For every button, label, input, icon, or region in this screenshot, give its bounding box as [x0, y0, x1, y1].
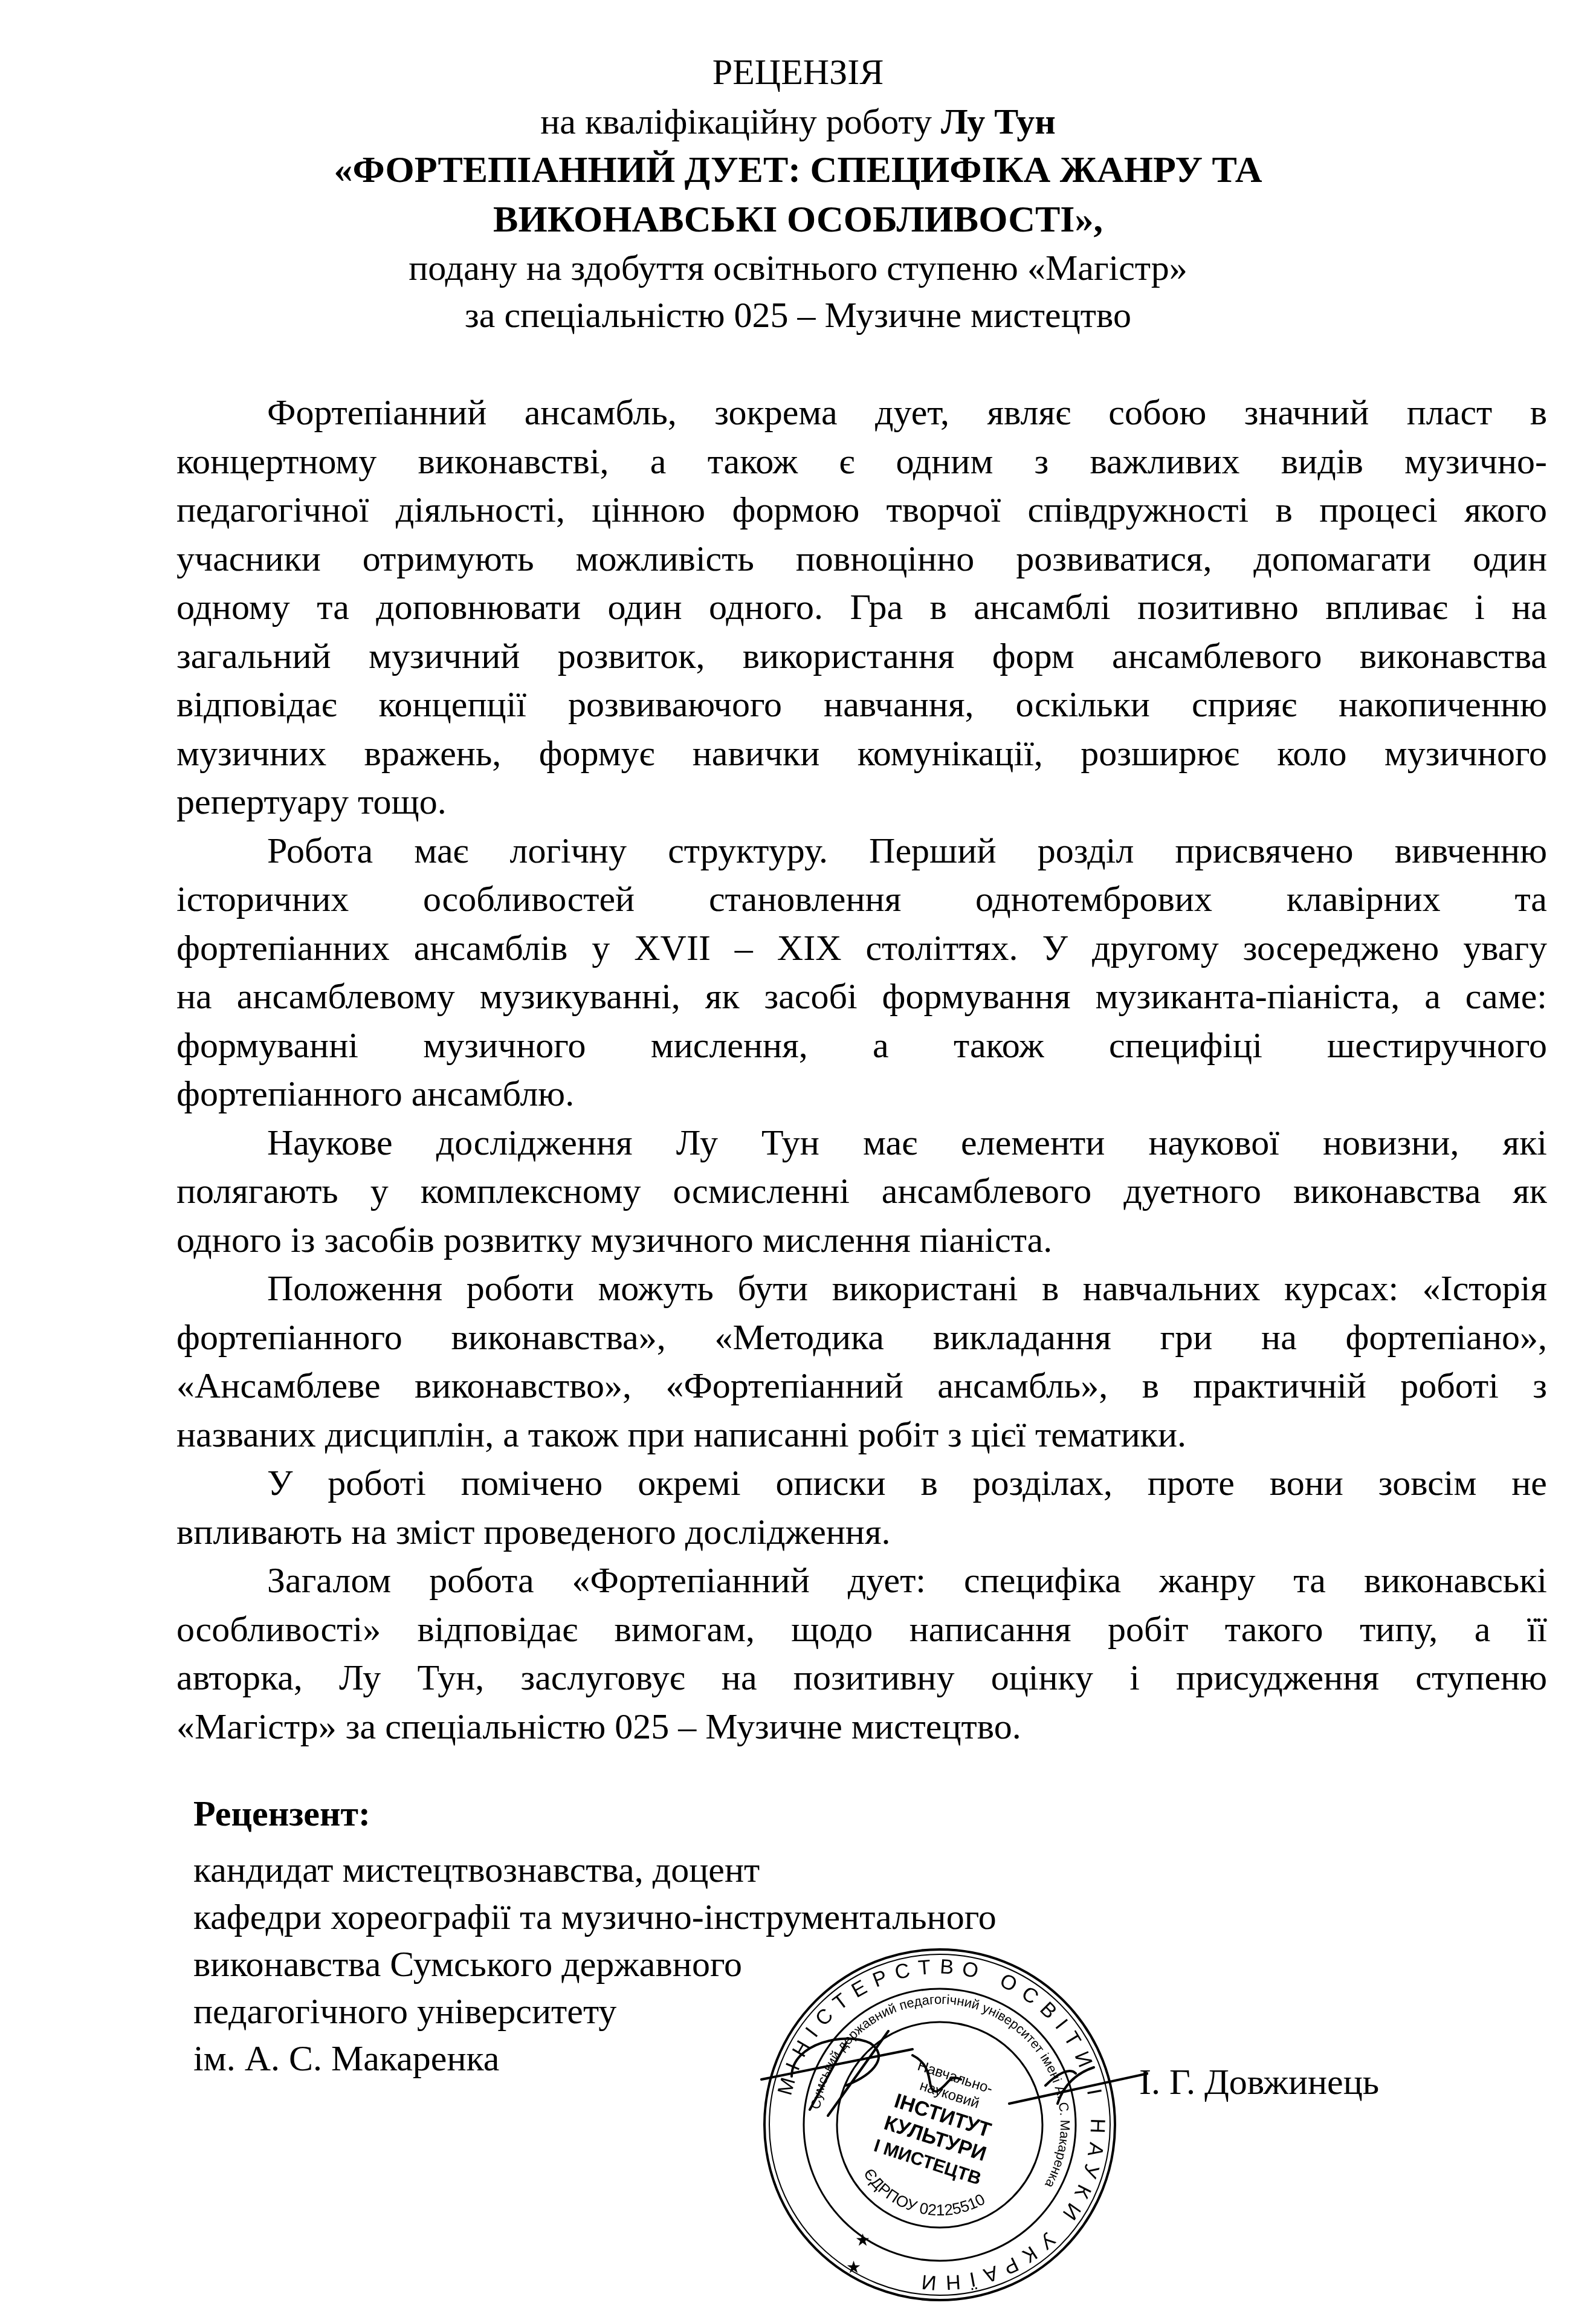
paragraph-6: Загалом робота «Фортепіанний дует: специ…	[176, 1556, 1547, 1751]
text-line: учасники отримують можливість повноцінно…	[176, 534, 1547, 583]
text-line: загальний музичний розвиток, використанн…	[176, 632, 1547, 681]
text-line: Фортепіанний ансамбль, зокрема дует, явл…	[176, 388, 1547, 437]
reviewer-heading: Рецензент:	[193, 1789, 997, 1838]
paragraph-5: У роботі помічено окремі описки в розділ…	[176, 1459, 1547, 1556]
text-line: полягають у комплексному осмисленні анса…	[176, 1167, 1547, 1216]
text-line: Робота має логічну структуру. Перший роз…	[176, 826, 1547, 875]
paragraph-1: Фортепіанний ансамбль, зокрема дует, явл…	[176, 388, 1547, 826]
review-body: Фортепіанний ансамбль, зокрема дует, явл…	[176, 388, 1547, 1751]
svg-text:★: ★	[855, 2231, 870, 2250]
text-line: Загалом робота «Фортепіанний дует: специ…	[176, 1556, 1547, 1605]
author-name: Лу Тун	[941, 102, 1056, 141]
text-line: «Магістр» за спеціальністю 025 – Музичне…	[176, 1702, 1547, 1751]
text-line: на ансамблевому музикуванні, як засобі ф…	[176, 972, 1547, 1021]
text-line: фортепіанного виконавства», «Методика ви…	[176, 1313, 1547, 1362]
text-line: особливості» відповідає вимогам, щодо на…	[176, 1605, 1547, 1654]
text-line: У роботі помічено окремі описки в розділ…	[176, 1459, 1547, 1508]
document-header: РЕЦЕНЗІЯ на кваліфікаційну роботу Лу Тун…	[0, 48, 1596, 339]
degree-line: подану на здобуття освітнього ступеню «М…	[0, 244, 1596, 291]
subtitle-line: на кваліфікаційну роботу Лу Тун	[0, 98, 1596, 145]
text-line: концертному виконавстві, а також є одним…	[176, 437, 1547, 486]
subtitle-prefix: на кваліфікаційну роботу	[540, 102, 941, 141]
document-title: РЕЦЕНЗІЯ	[0, 48, 1596, 96]
text-line: формуванні музичного мислення, а також с…	[176, 1021, 1547, 1070]
svg-text:★: ★	[846, 2258, 861, 2277]
paragraph-4: Положення роботи можуть бути використані…	[176, 1264, 1547, 1459]
reviewer-name: І. Г. Довжинець	[1139, 2061, 1379, 2103]
text-line: названих дисциплін, а також при написанн…	[176, 1410, 1547, 1459]
text-line: фортепіанних ансамблів у XVII – XIX стол…	[176, 924, 1547, 973]
text-line: фортепіанного ансамблю.	[176, 1069, 1547, 1118]
text-line: репертуару тощо.	[176, 777, 1547, 826]
text-line: Наукове дослідження Лу Тун має елементи …	[176, 1118, 1547, 1167]
text-line: відповідає концепції розвиваючого навчан…	[176, 680, 1547, 729]
text-line: музичних вражень, формує навички комунік…	[176, 729, 1547, 778]
topic-line-1: «ФОРТЕПІАННИЙ ДУЕТ: СПЕЦИФІКА ЖАНРУ ТА	[0, 145, 1596, 195]
paragraph-3: Наукове дослідження Лу Тун має елементи …	[176, 1118, 1547, 1265]
paragraph-2: Робота має логічну структуру. Перший роз…	[176, 826, 1547, 1118]
reviewer-title-line: кафедри хореографії та музично-інструмен…	[193, 1893, 997, 1940]
text-line: Положення роботи можуть бути використані…	[176, 1264, 1547, 1313]
review-document-page: РЕЦЕНЗІЯ на кваліфікаційну роботу Лу Тун…	[0, 0, 1596, 2317]
handwritten-signature-icon	[755, 2019, 1148, 2152]
topic-line-2: ВИКОНАВСЬКІ ОСОБЛИВОСТІ»,	[0, 195, 1596, 244]
text-line: педагогічної діяльності, цінною формою т…	[176, 485, 1547, 534]
reviewer-title-line: кандидат мистецтвознавства, доцент	[193, 1846, 997, 1893]
text-line: впливають на зміст проведеного досліджен…	[176, 1508, 1547, 1557]
specialty-line: за спеціальністю 025 – Музичне мистецтво	[0, 291, 1596, 339]
text-line: одного із засобів розвитку музичного мис…	[176, 1216, 1547, 1265]
text-line: одному та доповнювати один одного. Гра в…	[176, 583, 1547, 632]
text-line: авторка, Лу Тун, заслуговує на позитивну…	[176, 1653, 1547, 1702]
text-line: історичних особливостей становлення одно…	[176, 875, 1547, 924]
text-line: «Ансамблеве виконавство», «Фортепіанний …	[176, 1361, 1547, 1410]
